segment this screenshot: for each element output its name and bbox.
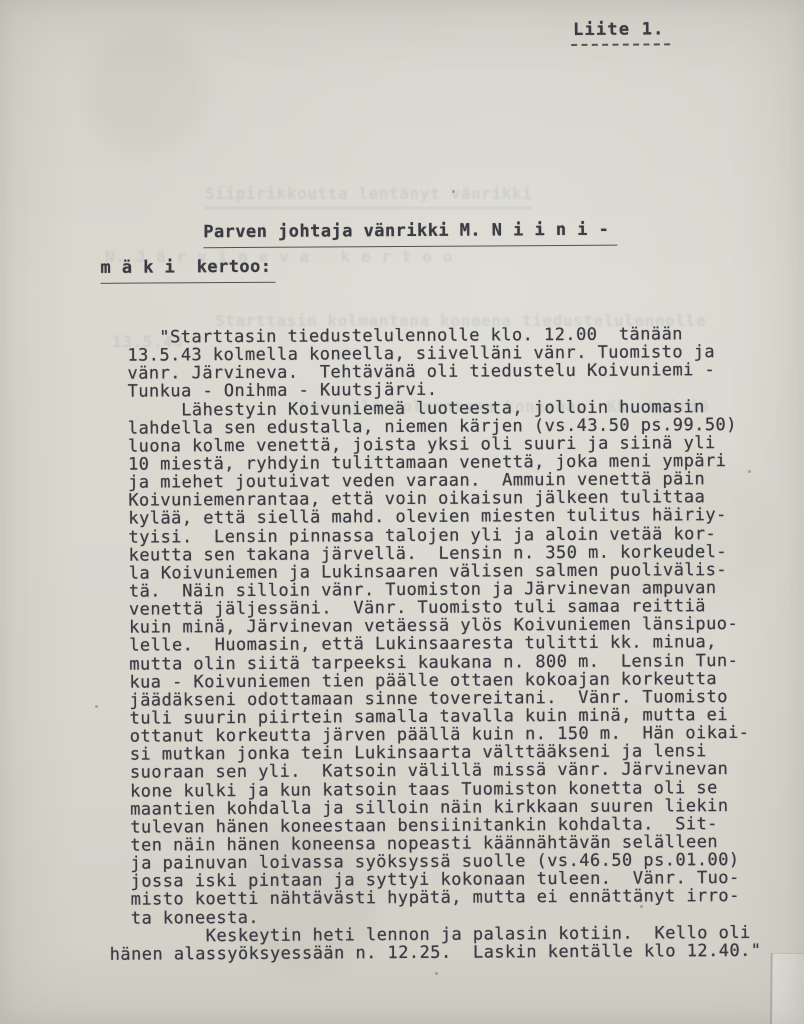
document-page: Siipirikkoutta lentänyt vänrikkiN. J ä r… [0, 0, 804, 1024]
text-line: hänen alassyöksyessään n. 12.25. Laskin … [110, 941, 790, 963]
report-heading-line2: m ä k i kertoo: [100, 257, 275, 284]
report-body: "Starttasin tiedustelulennolle klo. 12.0… [106, 325, 790, 964]
page-edge [770, 953, 804, 1024]
text-line: misto koetti nähtävästi hypätä, mutta ei… [109, 887, 789, 909]
scanned-text-layer: Liite 1. Parven johtaja vänrikki M. N i … [0, 0, 804, 1024]
text-line: vänr. Järvineva. Tehtävänä oli tiedustel… [106, 361, 786, 383]
appendix-label: Liite 1. [571, 19, 671, 46]
report-heading-line1: Parven johtaja vänrikki M. N i i n i - [203, 220, 617, 249]
